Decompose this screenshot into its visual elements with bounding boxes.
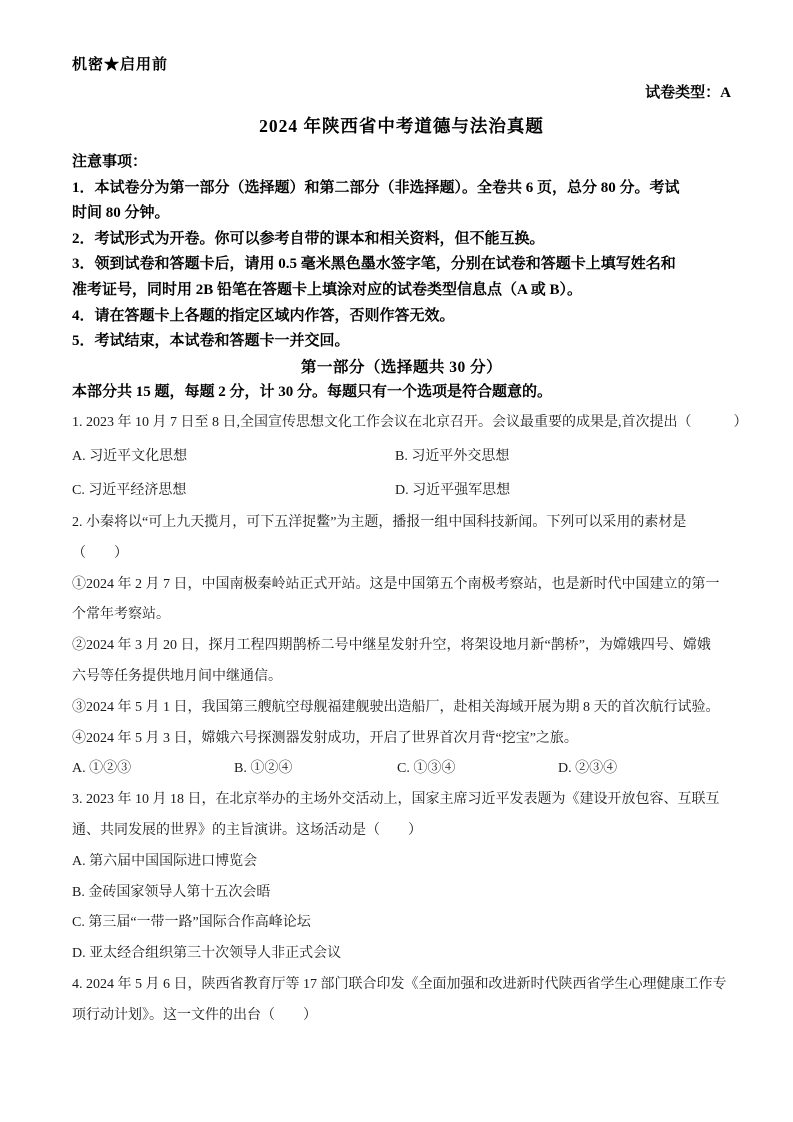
question-1-option-c: C. 习近平经济思想 xyxy=(72,474,395,508)
question-2-item-2-cont: 六号等任务提供地月间中继通信。 xyxy=(72,662,731,693)
question-2-item-1-cont: 个常年考察站。 xyxy=(72,600,731,631)
question-2: 2. 小秦将以“可上九天揽月，可下五洋捉鳖”为主题，播报一组中国科技新闻。下列可… xyxy=(72,508,731,785)
question-3-option-a: A. 第六届中国国际进口博览会 xyxy=(72,847,731,878)
question-2-stem-blank: （ ） xyxy=(72,539,731,570)
notice-line-4: 4．请在答题卡上各题的指定区域内作答，否则作答无效。 xyxy=(72,304,731,330)
part1-section-heading: 第一部分（选择题共 30 分） xyxy=(72,355,731,381)
notice-line-2: 2．考试形式为开卷。你可以参考自带的课本和相关资料，但不能互换。 xyxy=(72,227,731,253)
notice-line-1-cont: 时间 80 分钟。 xyxy=(72,201,731,227)
question-1-options: A. 习近平文化思想 B. 习近平外交思想 C. 习近平经济思想 D. 习近平强… xyxy=(72,440,731,508)
question-1-option-d: D. 习近平强军思想 xyxy=(395,474,731,508)
question-2-item-4: ④2024 年 5 月 3 日，嫦娥六号探测器发射成功，开启了世界首次月背“挖宝… xyxy=(72,724,731,755)
question-3-option-b: B. 金砖国家领导人第十五次会晤 xyxy=(72,878,731,909)
question-2-stem: 2. 小秦将以“可上九天揽月，可下五洋捉鳖”为主题，播报一组中国科技新闻。下列可… xyxy=(72,508,731,539)
question-1-option-a: A. 习近平文化思想 xyxy=(72,440,395,474)
classification-label: 机密★启用前 xyxy=(72,54,731,76)
notice-line-3-cont: 准考证号，同时用 2B 铅笔在答题卡上填涂对应的试卷类型信息点（A 或 B）。 xyxy=(72,278,731,304)
question-1: 1. 2023 年 10 月 7 日至 8 日,全国宣传思想文化工作会议在北京召… xyxy=(72,406,731,508)
question-2-option-c: C. ①③④ xyxy=(397,754,558,785)
paper-type-label: 试卷类型：A xyxy=(72,82,731,104)
notice-section: 注意事项： 1．本试卷分为第一部分（选择题）和第二部分（非选择题）。全卷共 6 … xyxy=(72,150,731,355)
notice-line-3: 3．领到试卷和答题卡后，请用 0.5 毫米黑色墨水签字笔，分别在试卷和答题卡上填… xyxy=(72,252,731,278)
question-2-item-2: ②2024 年 3 月 20 日，探月工程四期鹊桥二号中继星发射升空，将架设地月… xyxy=(72,631,731,662)
question-1-option-b: B. 习近平外交思想 xyxy=(395,440,731,474)
question-2-option-d: D. ②③④ xyxy=(558,754,731,785)
question-3-stem: 3. 2023 年 10 月 18 日，在北京举办的主场外交活动上，国家主席习近… xyxy=(72,785,731,816)
question-3-options: A. 第六届中国国际进口博览会 B. 金砖国家领导人第十五次会晤 C. 第三届“… xyxy=(72,847,731,970)
question-4-stem: 4. 2024 年 5 月 6 日，陕西省教育厅等 17 部门联合印发《全面加强… xyxy=(72,970,731,1001)
question-3-stem-cont: 通、共同发展的世界》的主旨演讲。这场活动是（ ） xyxy=(72,816,731,847)
question-3: 3. 2023 年 10 月 18 日，在北京举办的主场外交活动上，国家主席习近… xyxy=(72,785,731,970)
question-3-option-d: D. 亚太经合组织第三十次领导人非正式会议 xyxy=(72,939,731,970)
question-2-option-b: B. ①②④ xyxy=(234,754,397,785)
question-2-item-3: ③2024 年 5 月 1 日，我国第三艘航空母舰福建舰驶出造船厂，赴相关海域开… xyxy=(72,693,731,724)
notice-heading: 注意事项： xyxy=(72,150,731,176)
exam-title: 2024 年陕西省中考道德与法治真题 xyxy=(72,112,731,140)
exam-paper-page: 机密★启用前 试卷类型：A 2024 年陕西省中考道德与法治真题 注意事项： 1… xyxy=(0,0,793,1122)
question-2-item-1: ①2024 年 2 月 7 日，中国南极秦岭站正式开站。这是中国第五个南极考察站… xyxy=(72,570,731,601)
notice-line-5: 5．考试结束，本试卷和答题卡一并交回。 xyxy=(72,329,731,355)
question-4-stem-cont: 项行动计划》。这一文件的出台（ ） xyxy=(72,1001,731,1032)
part1-intro: 本部分共 15 题，每题 2 分，计 30 分。每题只有一个选项是符合题意的。 xyxy=(72,380,731,406)
notice-line-1: 1．本试卷分为第一部分（选择题）和第二部分（非选择题）。全卷共 6 页，总分 8… xyxy=(72,176,731,202)
question-2-option-a: A. ①②③ xyxy=(72,754,234,785)
question-1-stem: 1. 2023 年 10 月 7 日至 8 日,全国宣传思想文化工作会议在北京召… xyxy=(72,406,731,440)
question-2-options: A. ①②③ B. ①②④ C. ①③④ D. ②③④ xyxy=(72,754,731,785)
question-4: 4. 2024 年 5 月 6 日，陕西省教育厅等 17 部门联合印发《全面加强… xyxy=(72,970,731,1032)
question-3-option-c: C. 第三届“一带一路”国际合作高峰论坛 xyxy=(72,908,731,939)
